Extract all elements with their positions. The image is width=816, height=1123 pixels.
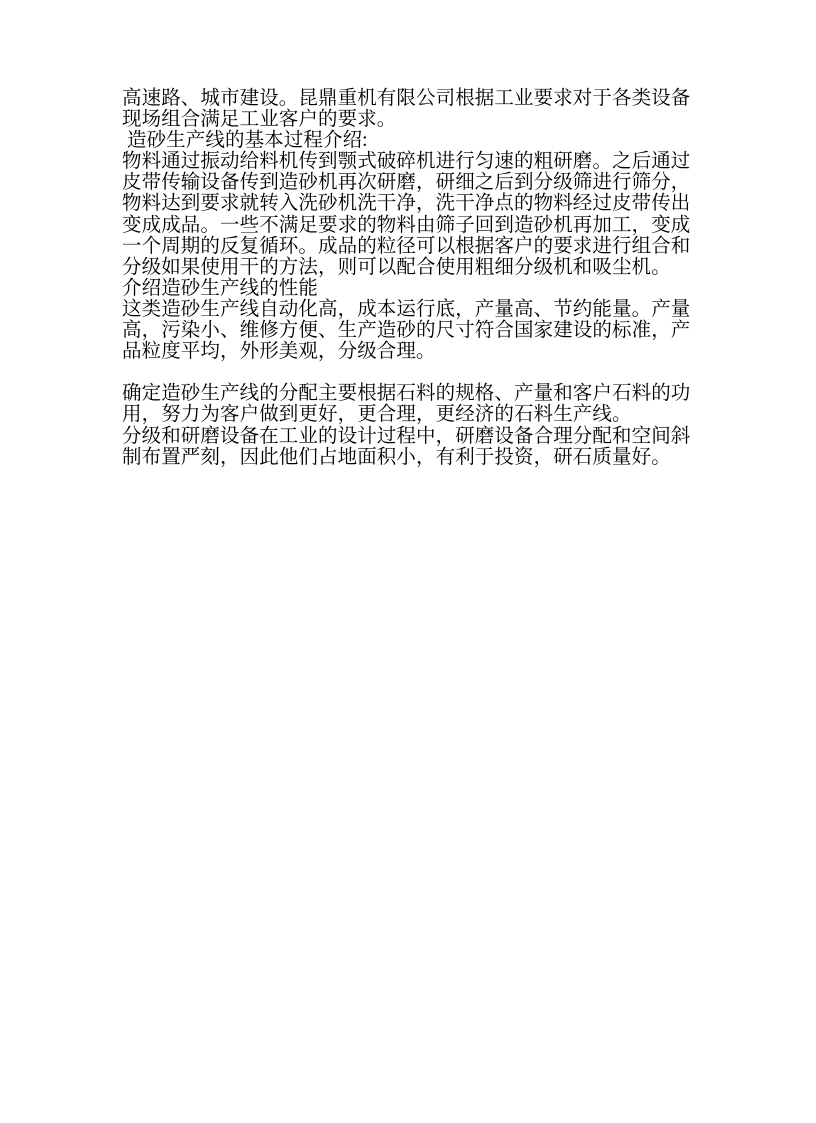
text-line-heading-performance-intro: 介绍造砂生产线的性能 [122, 278, 697, 299]
text-line: 现场组合满足工业客户的要求。 [122, 109, 697, 130]
text-line: 确定造砂生产线的分配主要根据石料的规格、产量和客户石料的功 [122, 383, 697, 404]
text-line: 高，污染小、维修方便、生产造砂的尺寸符合国家建设的标准，产 [122, 320, 697, 341]
text-line: 制布置严刻，因此他们占地面积小，有利于投资，研石质量好。 [122, 447, 697, 468]
text-line: 高速路、城市建设。昆鼎重机有限公司根据工业要求对于各类设备 [122, 88, 697, 109]
text-line: 品粒度平均，外形美观，分级合理。 [122, 341, 697, 362]
text-line: 分级和研磨设备在工业的设计过程中，研磨设备合理分配和空间斜 [122, 426, 697, 447]
text-line: 变成成品。一些不满足要求的物料由筛子回到造砂机再加工，变成 [122, 215, 697, 236]
text-line: 皮带传输设备传到造砂机再次研磨，研细之后到分级筛进行筛分， [122, 172, 697, 193]
text-line: 用，努力为客户做到更好，更合理，更经济的石料生产线。 [122, 404, 697, 425]
text-line: 一个周期的反复循环。成品的粒径可以根据客户的要求进行组合和 [122, 236, 697, 257]
text-line: 分级如果使用干的方法，则可以配合使用粗细分级机和吸尘机。 [122, 257, 697, 278]
text-line: 物料通过振动给料机传到颚式破碎机进行匀速的粗研磨。之后通过 [122, 151, 697, 172]
body-text: 高速路、城市建设。昆鼎重机有限公司根据工业要求对于各类设备 现场组合满足工业客户… [122, 88, 697, 468]
text-line-heading-process-intro: 造砂生产线的基本过程介绍: [122, 130, 697, 151]
document-page: 高速路、城市建设。昆鼎重机有限公司根据工业要求对于各类设备 现场组合满足工业客户… [0, 0, 816, 1123]
text-line: 物料达到要求就转入洗砂机洗干净，洗干净点的物料经过皮带传出 [122, 193, 697, 214]
blank-line [122, 362, 697, 383]
text-line: 这类造砂生产线自动化高，成本运行底，产量高、节约能量。产量 [122, 299, 697, 320]
